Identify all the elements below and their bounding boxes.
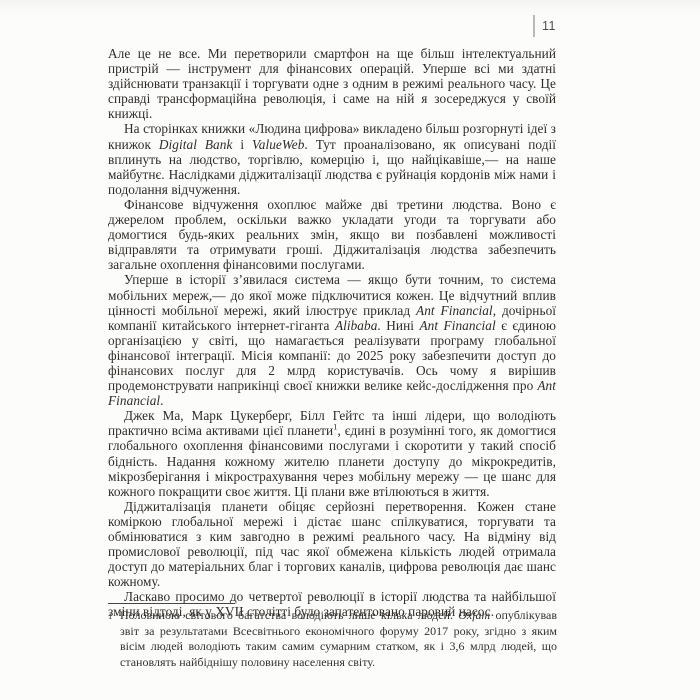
italic-text-segment: Digital Bank (159, 137, 233, 152)
paragraph: Але це не все. Ми перетворили смартфон н… (108, 46, 556, 121)
paragraph: Уперше в історії з’явилася система — якщ… (108, 272, 556, 408)
text-segment: Діджиталізація планети обіцяє серйозні п… (108, 499, 556, 589)
footnote-text: Половиною світового багатства володіють … (120, 608, 557, 670)
footnote: 1 Половиною світового багатства володіют… (108, 608, 557, 670)
paragraph: На сторінках книжки «Людина цифрова» вик… (108, 121, 556, 196)
text-segment: Половиною світового багатства володіють … (120, 608, 458, 622)
page-number: 11 (542, 19, 556, 33)
text-segment: і (232, 137, 252, 152)
footnote-separator (108, 603, 235, 604)
book-page: 11 Але це не все. Ми перетворили смартфо… (0, 0, 700, 700)
paragraph: Джек Ма, Марк Цукерберг, Білл Гейтс та і… (108, 408, 556, 499)
italic-text-segment: Alibaba (335, 318, 377, 333)
text-segment: Фінансове відчуження охоплює майже дві т… (108, 197, 556, 272)
text-segment: . Нині (377, 318, 419, 333)
page-number-rule (533, 15, 535, 37)
italic-text-segment: Oxfam (458, 608, 490, 622)
text-segment: Але це не все. Ми перетворили смартфон н… (108, 46, 556, 121)
body-text: Але це не все. Ми перетворили смартфон н… (108, 46, 556, 620)
italic-text-segment: ValueWeb (252, 137, 304, 152)
italic-text-segment: Ant Financial (419, 318, 495, 333)
paragraph: Діджиталізація планети обіцяє серйозні п… (108, 499, 556, 590)
paragraph: Фінансове відчуження охоплює майже дві т… (108, 197, 556, 272)
italic-text-segment: Ant Financial (416, 303, 493, 318)
footnote-marker: 1 (108, 608, 120, 670)
page-header: 11 (533, 15, 556, 37)
text-segment: . (160, 393, 163, 408)
